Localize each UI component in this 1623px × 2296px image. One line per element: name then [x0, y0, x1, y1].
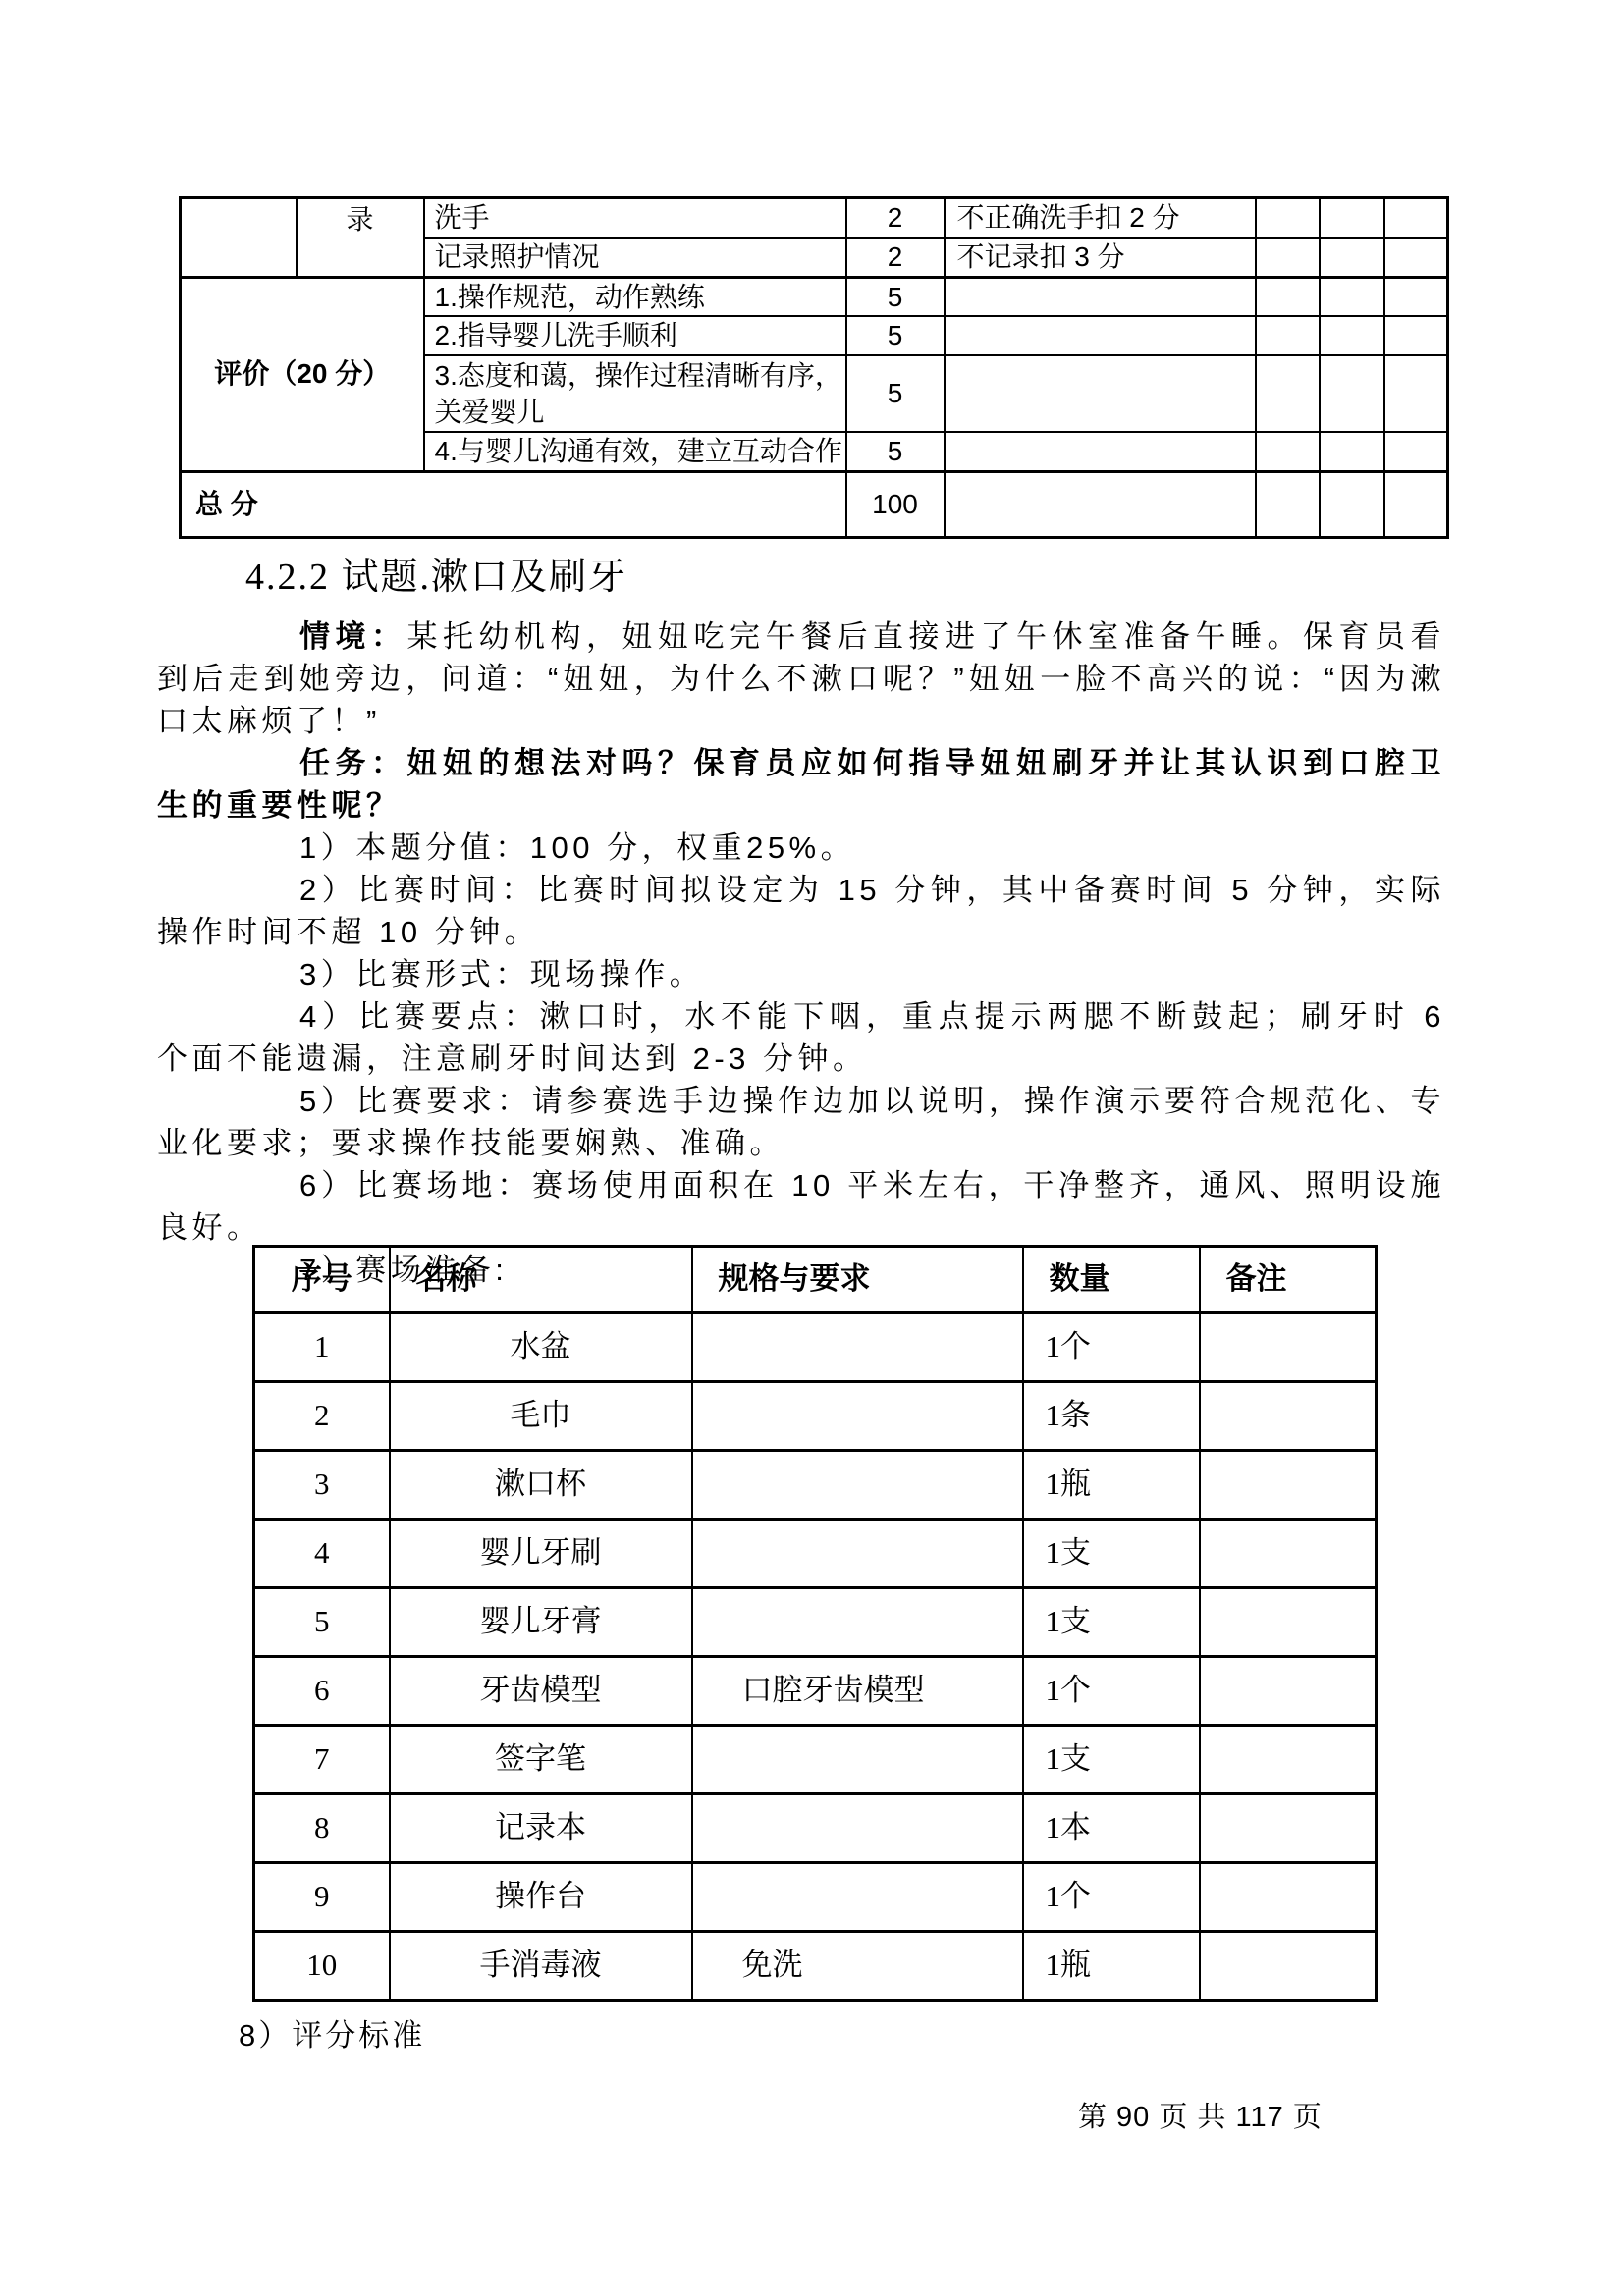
evaluation-label-cell: 评价（20 分）	[181, 277, 424, 472]
score-item-cell: 记录照护情况	[424, 238, 846, 277]
score-value-cell: 5	[846, 432, 945, 471]
cell-spec: 口腔牙齿模型	[692, 1657, 1023, 1726]
cell-name: 婴儿牙膏	[390, 1588, 692, 1657]
empty-cell	[1256, 355, 1320, 432]
cell-qty: 1个	[1023, 1863, 1200, 1932]
prep-row: 7 签字笔 1支	[254, 1726, 1377, 1794]
empty-cell	[1256, 472, 1320, 538]
score-row: 评价（20 分） 1.操作规范，动作熟练 5	[181, 277, 1448, 316]
score-value-cell: 2	[846, 198, 945, 238]
cell-spec	[692, 1520, 1023, 1588]
scoring-standard-note: 8）评分标准	[239, 2014, 425, 2056]
section-heading: 4.2.2 试题.漱口及刷牙	[245, 556, 627, 599]
task-label: 任务：	[299, 746, 407, 780]
page-number: 第 90 页 共 117 页	[1078, 2101, 1323, 2134]
cell-spec	[692, 1588, 1023, 1657]
cell-no: 8	[254, 1794, 390, 1863]
scenario-paragraph: 情境：某托幼机构，妞妞吃完午餐后直接进了午休室准备午睡。保育员看到后走到她旁边，…	[157, 615, 1445, 742]
empty-cell	[1256, 277, 1320, 316]
cell-no: 3	[254, 1451, 390, 1520]
prep-row: 10 手消毒液 免洗 1瓶	[254, 1932, 1377, 2001]
cell-qty: 1支	[1023, 1726, 1200, 1794]
cell-name: 记录本	[390, 1794, 692, 1863]
empty-cell	[1256, 316, 1320, 355]
cell-spec	[692, 1313, 1023, 1382]
record-label-cell: 录	[297, 198, 424, 278]
empty-cell	[1384, 355, 1448, 432]
prep-row: 1 水盆 1个	[254, 1313, 1377, 1382]
score-item-cell: 2.指导婴儿洗手顺利	[424, 316, 846, 355]
cell-name: 水盆	[390, 1313, 692, 1382]
score-value-cell: 5	[846, 316, 945, 355]
score-value-cell: 2	[846, 238, 945, 277]
cell-note	[1200, 1863, 1377, 1932]
deduction-cell	[945, 432, 1256, 471]
task-paragraph: 任务：妞妞的想法对吗？保育员应如何指导妞妞刷牙并让其认识到口腔卫生的重要性呢？	[157, 742, 1445, 827]
cell-no: 9	[254, 1863, 390, 1932]
score-item-cell: 洗手	[424, 198, 846, 238]
cell-qty: 1个	[1023, 1657, 1200, 1726]
cell-spec	[692, 1451, 1023, 1520]
cell-note	[1200, 1588, 1377, 1657]
list-item-6: 6）比赛场地：赛场使用面积在 10 平米左右，干净整齐，通风、照明设施良好。	[157, 1164, 1445, 1249]
cell-no: 1	[254, 1313, 390, 1382]
list-item-2: 2）比赛时间：比赛时间拟设定为 15 分钟，其中备赛时间 5 分钟，实际操作时间…	[157, 869, 1445, 953]
cell-name: 漱口杯	[390, 1451, 692, 1520]
deduction-cell: 不记录扣 3 分	[945, 238, 1256, 277]
cell-qty: 1本	[1023, 1794, 1200, 1863]
deduction-cell	[945, 316, 1256, 355]
cell-note	[1200, 1520, 1377, 1588]
empty-cell	[1320, 238, 1384, 277]
total-label-cell: 总 分	[181, 472, 846, 538]
prep-row: 9 操作台 1个	[254, 1863, 1377, 1932]
score-item-cell: 1.操作规范，动作熟练	[424, 277, 846, 316]
cell-spec: 免洗	[692, 1932, 1023, 2001]
list-item-1: 1）本题分值：100 分，权重25%。	[157, 827, 1445, 869]
empty-cell	[1384, 198, 1448, 238]
empty-cell	[1384, 472, 1448, 538]
cell-name: 签字笔	[390, 1726, 692, 1794]
deduction-cell: 不正确洗手扣 2 分	[945, 198, 1256, 238]
empty-cell	[945, 472, 1256, 538]
list-item-5: 5）比赛要求：请参赛选手边操作边加以说明，操作演示要符合规范化、专业化要求；要求…	[157, 1080, 1445, 1164]
score-table: 录 洗手 2 不正确洗手扣 2 分 记录照护情况 2 不记录扣 3 分 评价（2…	[179, 196, 1449, 539]
empty-cell	[1256, 238, 1320, 277]
score-value-cell: 5	[846, 355, 945, 432]
empty-cell	[1320, 432, 1384, 471]
deduction-cell	[945, 355, 1256, 432]
cell-no: 5	[254, 1588, 390, 1657]
header-no: 序号	[254, 1247, 390, 1313]
cell-qty: 1个	[1023, 1313, 1200, 1382]
total-score-cell: 100	[846, 472, 945, 538]
cell-note	[1200, 1932, 1377, 2001]
cell-spec	[692, 1382, 1023, 1451]
cell-no: 6	[254, 1657, 390, 1726]
score-row: 录 洗手 2 不正确洗手扣 2 分	[181, 198, 1448, 238]
cell-note	[1200, 1451, 1377, 1520]
cell-note	[1200, 1657, 1377, 1726]
header-name: 名称	[390, 1247, 692, 1313]
cell-qty: 1支	[1023, 1520, 1200, 1588]
header-note: 备注	[1200, 1247, 1377, 1313]
cell-name: 手消毒液	[390, 1932, 692, 2001]
cell-note	[1200, 1382, 1377, 1451]
empty-cell	[1384, 432, 1448, 471]
score-item-cell: 4.与婴儿沟通有效，建立互动合作	[424, 432, 846, 471]
header-spec: 规格与要求	[692, 1247, 1023, 1313]
empty-cell	[181, 198, 297, 278]
prep-table: 序号 名称 规格与要求 数量 备注 1 水盆 1个 2 毛巾 1条	[252, 1245, 1378, 2002]
score-item-cell: 3.态度和蔼，操作过程清晰有序，关爱婴儿	[424, 355, 846, 432]
prep-row: 5 婴儿牙膏 1支	[254, 1588, 1377, 1657]
empty-cell	[1384, 316, 1448, 355]
cell-no: 4	[254, 1520, 390, 1588]
cell-note	[1200, 1313, 1377, 1382]
list-item-4: 4）比赛要点：漱口时，水不能下咽，重点提示两腮不断鼓起；刷牙时 6 个面不能遗漏…	[157, 995, 1445, 1080]
cell-spec	[692, 1726, 1023, 1794]
empty-cell	[1384, 277, 1448, 316]
cell-no: 7	[254, 1726, 390, 1794]
cell-qty: 1瓶	[1023, 1451, 1200, 1520]
prep-row: 6 牙齿模型 口腔牙齿模型 1个	[254, 1657, 1377, 1726]
cell-name: 操作台	[390, 1863, 692, 1932]
cell-no: 2	[254, 1382, 390, 1451]
empty-cell	[1256, 432, 1320, 471]
scenario-label: 情境：	[299, 619, 407, 654]
prep-row: 4 婴儿牙刷 1支	[254, 1520, 1377, 1588]
cell-note	[1200, 1794, 1377, 1863]
list-item-3: 3）比赛形式：现场操作。	[157, 953, 1445, 995]
prep-row: 8 记录本 1本	[254, 1794, 1377, 1863]
empty-cell	[1320, 472, 1384, 538]
cell-spec	[692, 1794, 1023, 1863]
prep-header-row: 序号 名称 规格与要求 数量 备注	[254, 1247, 1377, 1313]
cell-name: 毛巾	[390, 1382, 692, 1451]
empty-cell	[1384, 238, 1448, 277]
cell-qty: 1支	[1023, 1588, 1200, 1657]
cell-name: 婴儿牙刷	[390, 1520, 692, 1588]
body-text: 情境：某托幼机构，妞妞吃完午餐后直接进了午休室准备午睡。保育员看到后走到她旁边，…	[157, 615, 1445, 1291]
cell-spec	[692, 1863, 1023, 1932]
prep-row: 2 毛巾 1条	[254, 1382, 1377, 1451]
empty-cell	[1320, 198, 1384, 238]
empty-cell	[1320, 355, 1384, 432]
score-value-cell: 5	[846, 277, 945, 316]
header-qty: 数量	[1023, 1247, 1200, 1313]
empty-cell	[1320, 277, 1384, 316]
total-row: 总 分 100	[181, 472, 1448, 538]
cell-no: 10	[254, 1932, 390, 2001]
cell-qty: 1瓶	[1023, 1932, 1200, 2001]
document-page: 录 洗手 2 不正确洗手扣 2 分 记录照护情况 2 不记录扣 3 分 评价（2…	[0, 0, 1623, 2296]
prep-row: 3 漱口杯 1瓶	[254, 1451, 1377, 1520]
empty-cell	[1256, 198, 1320, 238]
deduction-cell	[945, 277, 1256, 316]
cell-qty: 1条	[1023, 1382, 1200, 1451]
cell-note	[1200, 1726, 1377, 1794]
cell-name: 牙齿模型	[390, 1657, 692, 1726]
empty-cell	[1320, 316, 1384, 355]
